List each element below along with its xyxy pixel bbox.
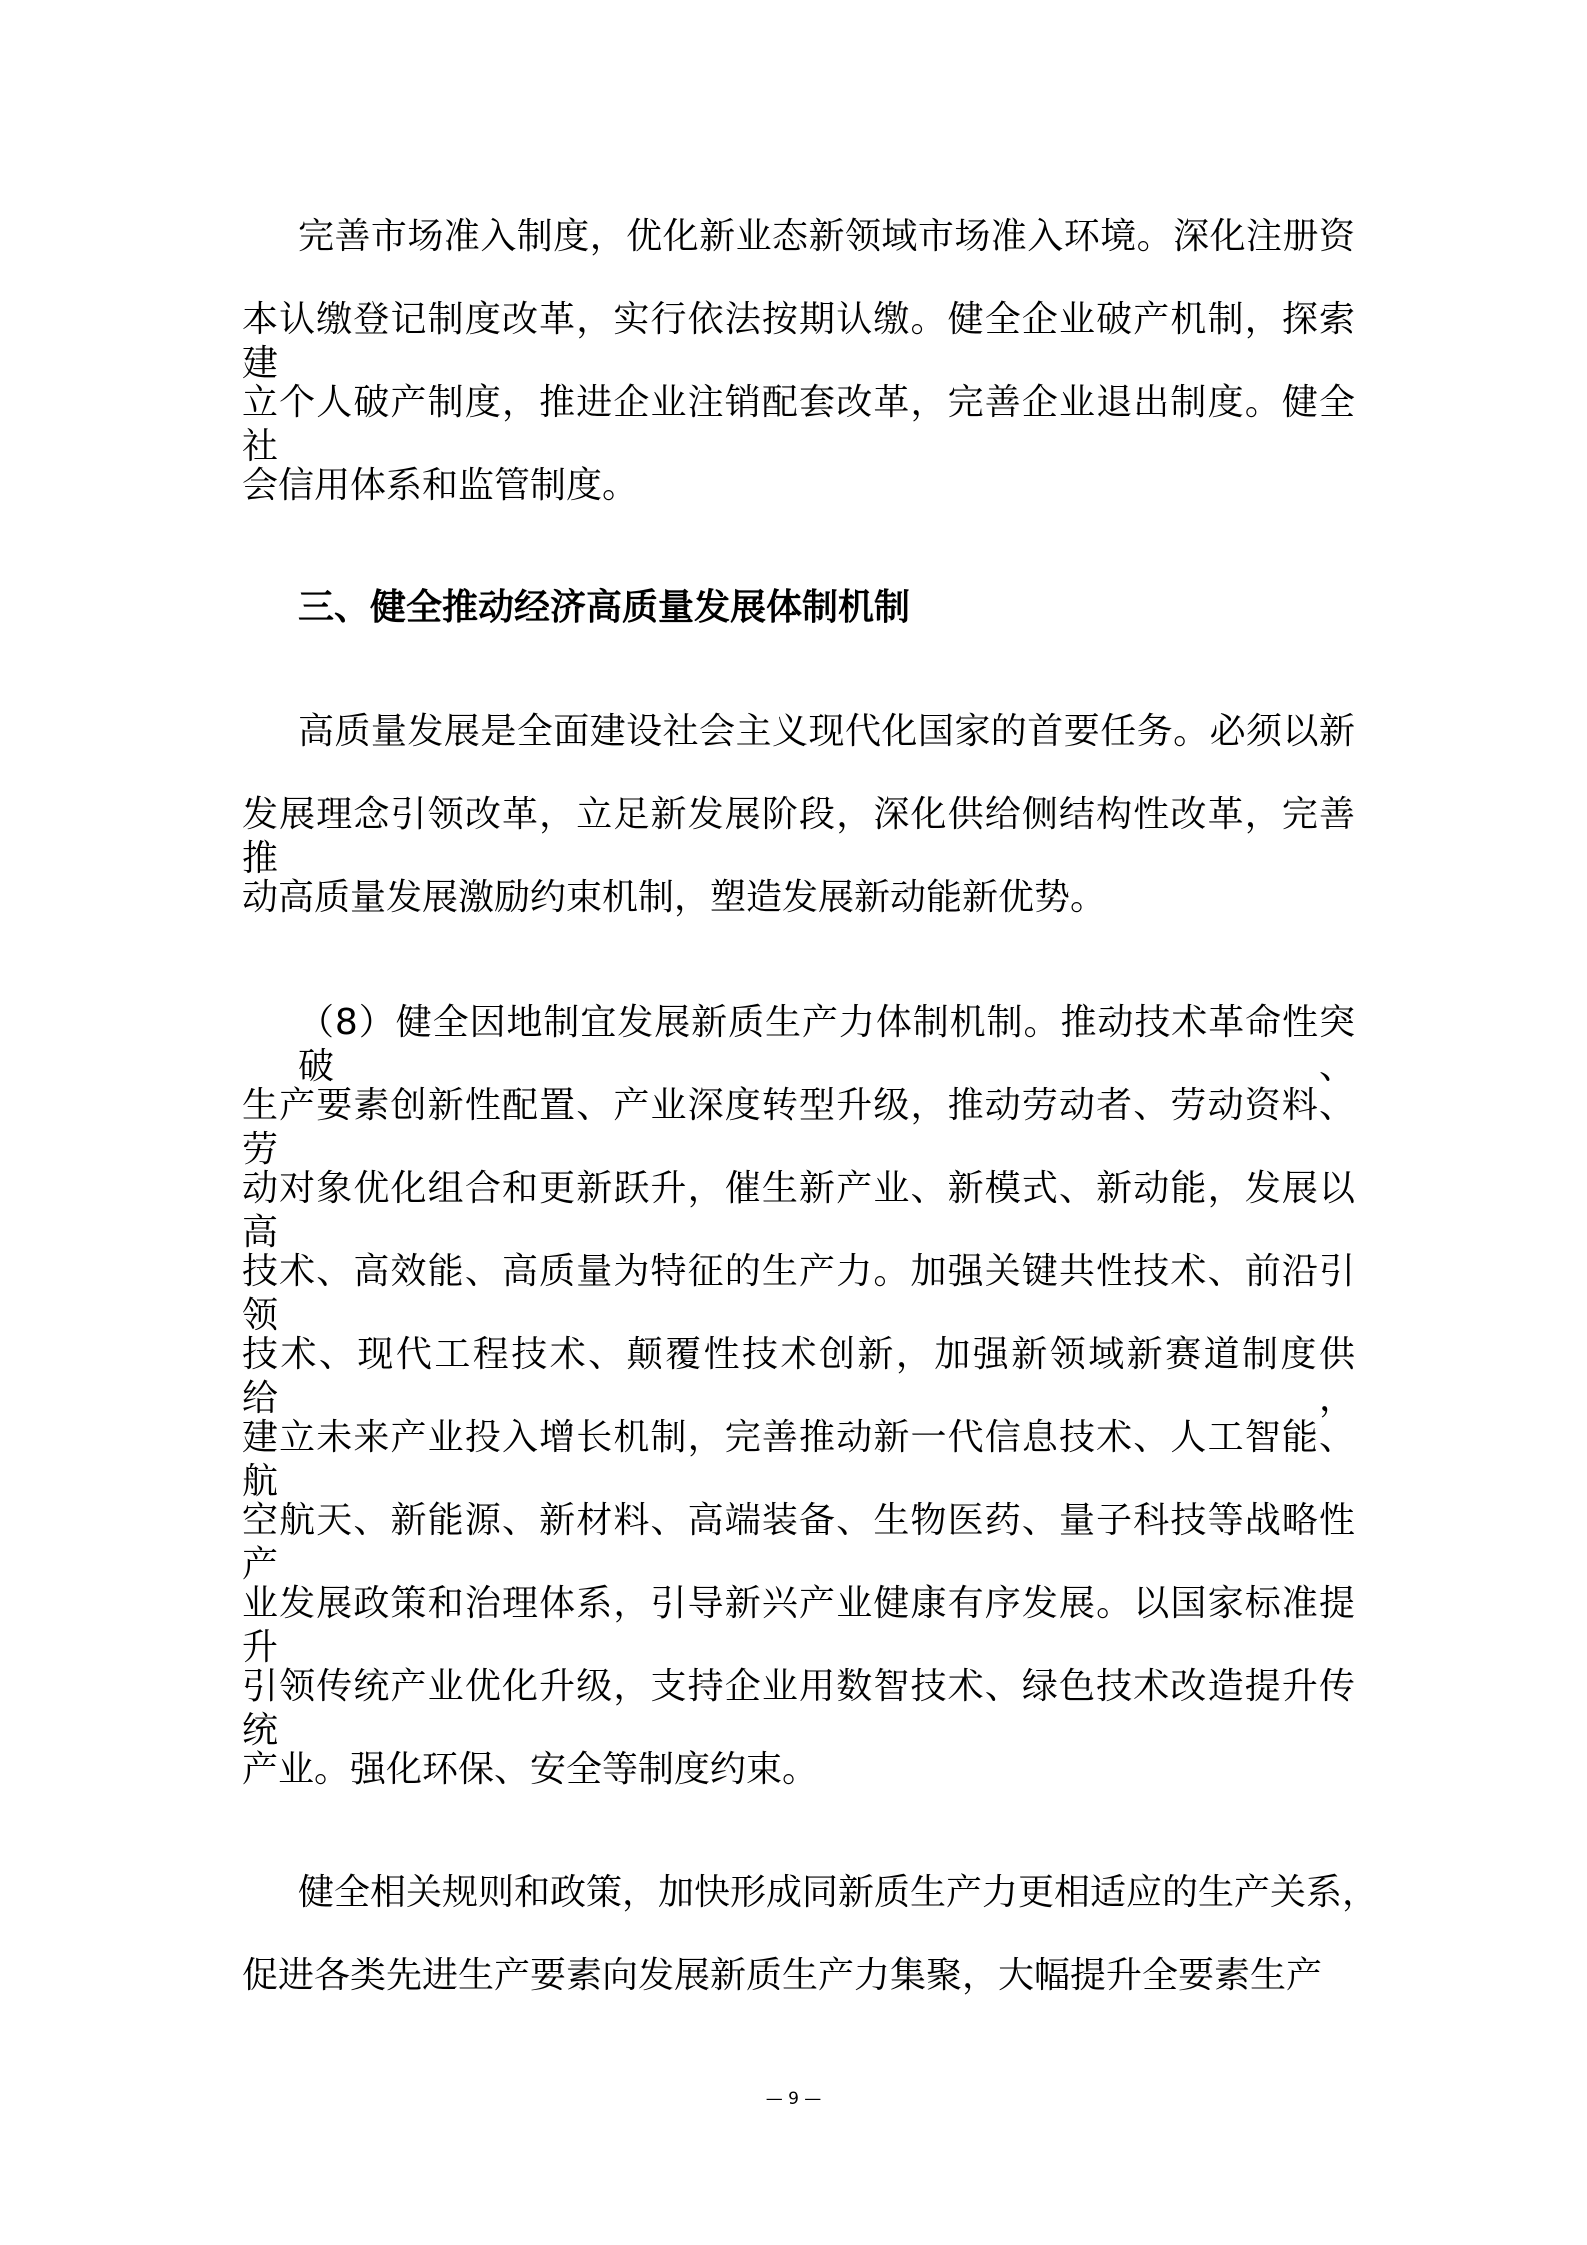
text-line: 业发展政策和治理体系，引导新兴产业健康有序发展。以国家标准提升: [242, 1582, 1355, 1626]
page-number: — 9 —: [0, 2087, 1587, 2111]
text-line: （8）健全因地制宜发展新质生产力体制机制。推动技术革命性突破、: [298, 1001, 1355, 1045]
text-line: 建立未来产业投入增长机制，完善推动新一代信息技术、人工智能、航: [242, 1416, 1355, 1460]
text-line: 完善市场准入制度，优化新业态新领域市场准入环境。深化注册资: [298, 215, 1355, 259]
text-line: 技术、高效能、高质量为特征的生产力。加强关键共性技术、前沿引领: [242, 1250, 1355, 1294]
text-line: 会信用体系和监管制度。: [242, 464, 1355, 508]
text-line: 引领传统产业优化升级，支持企业用数智技术、绿色技术改造提升传统: [242, 1665, 1355, 1709]
text-line: 空航天、新能源、新材料、高端装备、生物医药、量子科技等战略性产: [242, 1499, 1355, 1543]
text-line: 产业。强化环保、安全等制度约束。: [242, 1748, 1355, 1792]
text-line: 动高质量发展激励约束机制，塑造发展新动能新优势。: [242, 876, 1355, 920]
text-line: 技术、现代工程技术、颠覆性技术创新，加强新领域新赛道制度供给，: [242, 1333, 1355, 1377]
text-line: 发展理念引领改革，立足新发展阶段，深化供给侧结构性改革，完善推: [242, 793, 1355, 837]
text-line: 高质量发展是全面建设社会主义现代化国家的首要任务。必须以新: [298, 710, 1355, 754]
text-line: 立个人破产制度，推进企业注销配套改革，完善企业退出制度。健全社: [242, 381, 1355, 425]
text-line: 健全相关规则和政策，加快形成同新质生产力更相适应的生产关系，: [298, 1871, 1378, 1915]
text-line: 本认缴登记制度改革，实行依法按期认缴。健全企业破产机制，探索建: [242, 298, 1355, 342]
document-page: 完善市场准入制度，优化新业态新领域市场准入环境。深化注册资 本认缴登记制度改革，…: [0, 0, 1587, 2245]
section-heading: 三、健全推动经济高质量发展体制机制: [298, 586, 910, 630]
text-line: 促进各类先进生产要素向发展新质生产力集聚，大幅提升全要素生产: [242, 1954, 1322, 1998]
text-line: 生产要素创新性配置、产业深度转型升级，推动劳动者、劳动资料、劳: [242, 1084, 1355, 1128]
text-line: 动对象优化组合和更新跃升，催生新产业、新模式、新动能，发展以高: [242, 1167, 1355, 1211]
